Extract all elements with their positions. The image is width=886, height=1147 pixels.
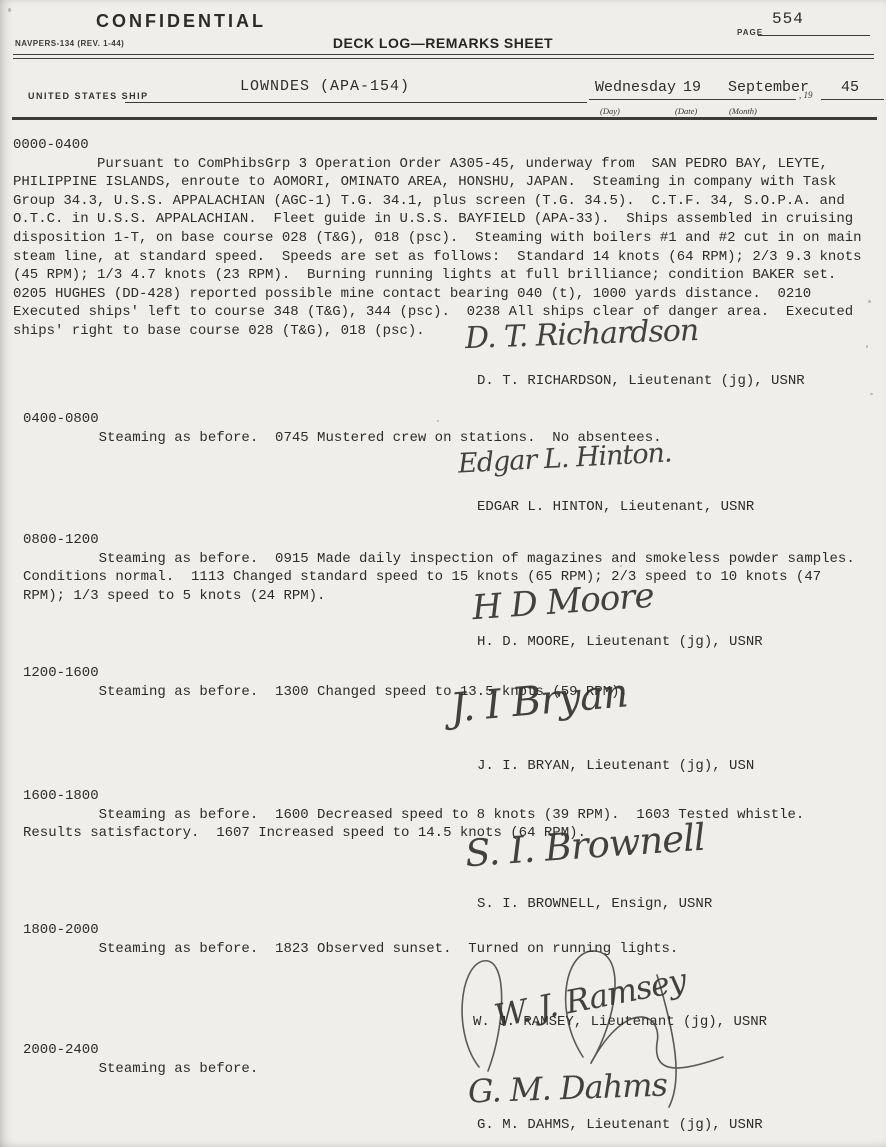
date-caption: (Date) — [675, 106, 697, 116]
log-date: 19 — [683, 79, 701, 96]
paper-speck — [437, 420, 439, 422]
log-entry-2000-2400: 2000-2400 Steaming as before. G. M. Dahm… — [23, 1041, 258, 1078]
log-entry-0400-0800: 0400-0800 Steaming as before. 0745 Muste… — [23, 410, 662, 447]
entry-time-range: 2000-2400 — [23, 1041, 258, 1060]
entry-time-range: 0000-0400 — [13, 136, 862, 155]
entry-time-range: 1800-2000 — [23, 921, 678, 940]
heavy-rule — [12, 117, 877, 120]
page-number: 554 — [772, 10, 804, 28]
year-underline — [821, 99, 884, 100]
handwritten-signature: Edgar L. Hinton. — [458, 444, 672, 474]
entry-remarks-text: Steaming as before. — [23, 1060, 258, 1079]
ship-name-underline — [125, 102, 587, 103]
page-number-underline — [758, 35, 870, 36]
paper-speck — [620, 565, 622, 567]
paper-speck — [8, 8, 11, 12]
log-entry-1800-2000: 1800-2000 Steaming as before. 1823 Obser… — [23, 921, 678, 958]
log-month: September — [728, 79, 809, 96]
deck-log-remarks-sheet-page: CONFIDENTIAL PAGE 554 NAVPERS-134 (REV. … — [0, 0, 886, 1147]
entry-remarks-text: Pursuant to ComPhibsGrp 3 Operation Orde… — [13, 155, 862, 341]
form-number: NAVPERS-134 (REV. 1-44) — [15, 39, 124, 48]
log-entry-1600-1800: 1600-1800 Steaming as before. 1600 Decre… — [23, 787, 804, 843]
handwritten-signature: S. I. Brownell — [465, 829, 706, 864]
typed-signature: G. M. DAHMS, Lieutenant (jg), USNR — [477, 1116, 763, 1135]
entry-time-range: 1600-1800 — [23, 787, 804, 806]
day-caption: (Day) — [600, 106, 620, 116]
log-day: Wednesday — [595, 79, 676, 96]
typed-signature: H. D. MOORE, Lieutenant (jg), USNR — [477, 633, 763, 652]
typed-signature: J. I. BRYAN, Lieutenant (jg), USN — [477, 757, 754, 776]
month-caption: (Month) — [729, 106, 757, 116]
handwritten-signature: G. M. Dahms — [468, 1076, 668, 1102]
ship-label: UNITED STATES SHIP — [28, 91, 149, 101]
entry-remarks-text: Steaming as before. 0915 Made daily insp… — [23, 550, 855, 606]
paper-speck — [866, 345, 868, 348]
log-entry-0000-0400: 0000-0400 Pursuant to ComPhibsGrp 3 Oper… — [13, 136, 862, 341]
typed-signature: S. I. BROWNELL, Ensign, USNR — [477, 895, 712, 914]
year-prefix-label: , 19 — [799, 90, 813, 100]
handwritten-signature: D. T. Richardson — [465, 322, 699, 349]
log-entry-0800-1200: 0800-1200 Steaming as before. 0915 Made … — [23, 531, 855, 605]
log-entry-1200-1600: 1200-1600 Steaming as before. 1300 Chang… — [23, 664, 628, 701]
paper-speck — [868, 300, 871, 303]
form-title: DECK LOG—REMARKS SHEET — [293, 35, 593, 51]
log-year: 45 — [841, 79, 859, 96]
handwritten-signature: H D Moore — [472, 587, 655, 618]
date-underline — [589, 99, 796, 100]
typed-signature: D. T. RICHARDSON, Lieutenant (jg), USNR — [477, 372, 805, 391]
typed-signature: W. J. RAMSEY, Lieutenant (jg), USNR — [473, 1013, 767, 1032]
double-rule — [13, 54, 874, 59]
entry-time-range: 0800-1200 — [23, 531, 855, 550]
handwritten-signature: J. I Bryan — [450, 684, 629, 718]
paper-speck — [870, 393, 873, 395]
entry-time-range: 0400-0800 — [23, 410, 662, 429]
ship-name: LOWNDES (APA-154) — [240, 78, 410, 95]
classification-stamp: CONFIDENTIAL — [96, 11, 266, 32]
typed-signature: EDGAR L. HINTON, Lieutenant, USNR — [477, 498, 754, 517]
